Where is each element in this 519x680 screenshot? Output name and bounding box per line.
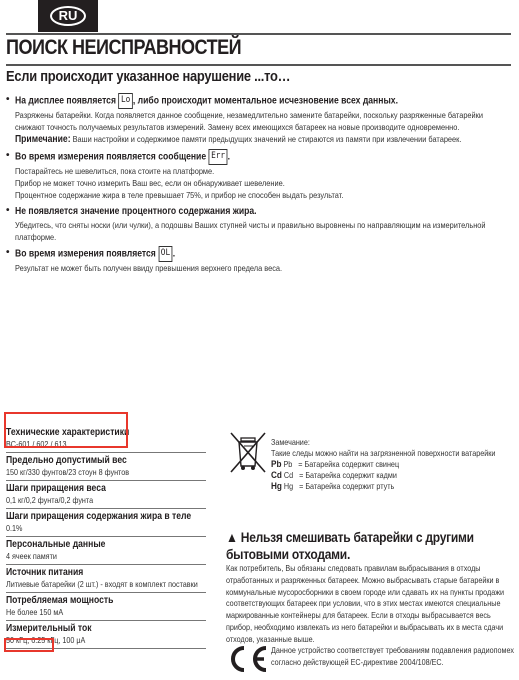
bullet: • — [6, 150, 10, 161]
language-badge: RU — [38, 0, 98, 32]
bullet: • — [6, 247, 10, 258]
spec-model: Технические характеристики BC-601 / 602 … — [6, 425, 206, 453]
symbol-row-pb: Pb Pb = Батарейка содержит свинец — [271, 459, 495, 470]
issue-heading: Во время измерения появляется OL. — [15, 246, 442, 262]
spec-personal-data: Персональные данные 4 ячеек памяти — [6, 537, 206, 565]
issue-body: Разряжены батарейки. Когда появляется да… — [15, 109, 510, 133]
issue-item: • Во время измерения появляется OL. Резу… — [6, 246, 511, 274]
spec-power-consumption: Потребляемая мощность Не более 150 мА — [6, 593, 206, 621]
issue-heading: Во время измерения появляется сообщение … — [15, 149, 442, 165]
bullet: • — [6, 94, 10, 105]
symbol-row-cd: Cd Cd = Батарейка содержит кадми — [271, 470, 495, 481]
lcd-err-icon: Err — [209, 149, 228, 165]
section-subtitle: Если происходит указанное нарушение ...т… — [6, 68, 290, 85]
symbol-row-hg: Hg Hg = Батарейка содержит ртуть — [271, 481, 495, 492]
warning-heading: ▲ Нельзя смешивать батарейки с другими б… — [226, 529, 518, 563]
issue-item: • На дисплее появляется Lo, либо происхо… — [6, 93, 511, 146]
spec-max-weight: Предельно допустимый вес 150 кг/330 фунт… — [6, 453, 206, 481]
warning-triangle-icon: ▲ — [226, 529, 238, 545]
crossed-bin-icon — [228, 430, 268, 478]
page-title: ПОИСК НЕИСПРАВНОСТЕЙ — [6, 36, 241, 60]
note-line: Такие следы можно найти на загрязненной … — [271, 448, 495, 459]
spec-weight-increment: Шаги приращения веса 0,1 кг/0,2 фунта/0,… — [6, 481, 206, 509]
lcd-ol-icon: OL — [158, 246, 172, 262]
note-label: Примечание: — [15, 134, 71, 145]
issue-item: • Во время измерения появляется сообщени… — [6, 149, 511, 201]
issue-body: Постарайтесь не шевелиться, пока стоите … — [15, 165, 510, 177]
ce-compliance-text: Данное устройство соответствует требован… — [271, 645, 514, 668]
issue-body: Результат не может быть получен ввиду пр… — [15, 262, 510, 274]
issue-heading: На дисплее появляется Lo, либо происходи… — [15, 93, 442, 109]
issue-note: Примечание: Ваши настройки и содержимое … — [15, 133, 510, 146]
issue-heading: Не появляется значение процентного содер… — [15, 204, 442, 219]
issue-item: • Не появляется значение процентного сод… — [6, 204, 511, 243]
language-code: RU — [50, 6, 86, 26]
note-title: Замечание: — [271, 437, 495, 448]
issue-body: Убедитесь, что сняты носки (или чулки), … — [15, 219, 510, 243]
lcd-lo-icon: Lo — [118, 93, 132, 109]
warning-body: Как потребитель, Вы обязаны следовать пр… — [226, 563, 514, 646]
issue-body: Процентное содержание жира в теле превыш… — [15, 189, 510, 201]
issue-body: Прибор не может точно измерить Ваш вес, … — [15, 177, 510, 189]
bullet: • — [6, 205, 10, 216]
title-rule — [6, 64, 511, 66]
specifications: Технические характеристики BC-601 / 602 … — [6, 425, 206, 649]
spec-power-source: Источник питания Литиевые батарейки (2 ш… — [6, 565, 206, 593]
spec-fat-increment: Шаги приращения содержания жира в теле 0… — [6, 509, 206, 537]
troubleshooting-list: • На дисплее появляется Lo, либо происхо… — [6, 93, 511, 277]
ce-mark-icon — [226, 644, 270, 674]
top-rule — [6, 33, 511, 35]
spec-measuring-current: Измерительный ток 50 кГц, 6.25 кГц, 100 … — [6, 621, 206, 649]
battery-symbols-note: Замечание: Такие следы можно найти на за… — [271, 437, 495, 492]
